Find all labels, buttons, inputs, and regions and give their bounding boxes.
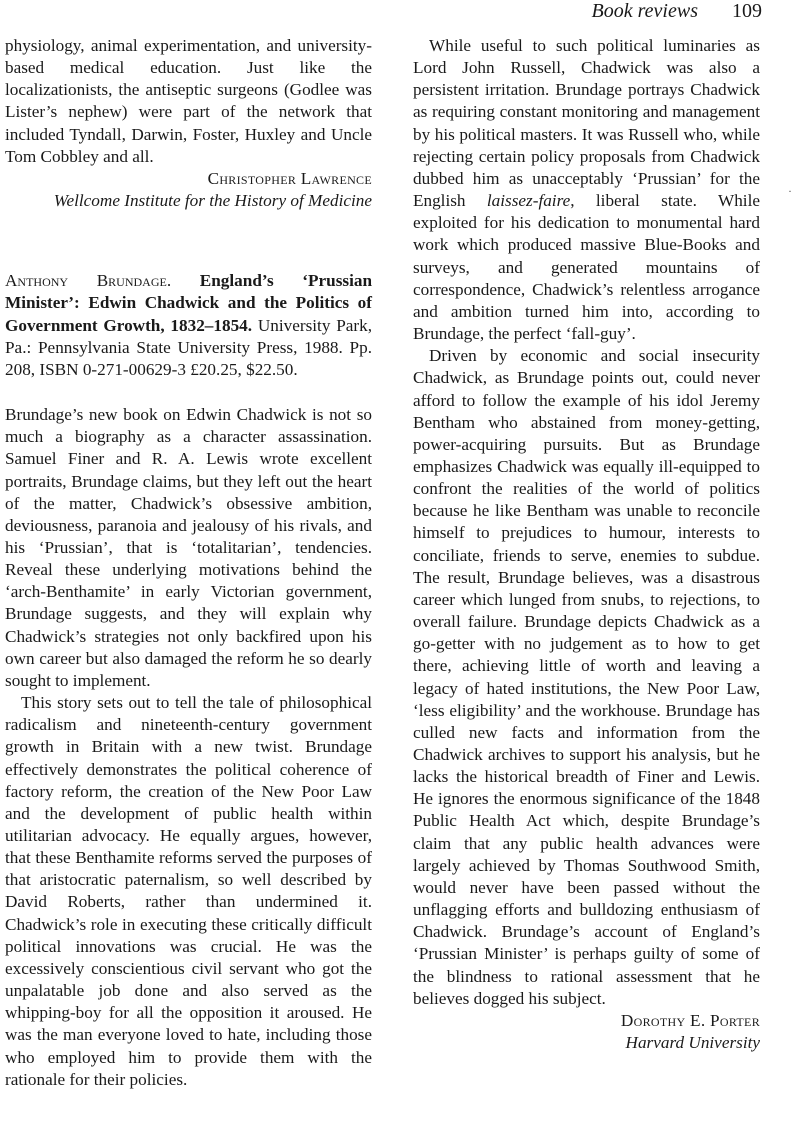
page-number: 109: [732, 0, 762, 23]
review-separator: [5, 212, 372, 270]
italic-term: laissez-faire: [487, 191, 570, 210]
review-paragraph-2: This story sets out to tell the tale of …: [5, 692, 372, 1091]
previous-reviewer-institution: Wellcome Institute for the History of Me…: [5, 190, 372, 212]
review-paragraph-1: Brundage’s new book on Edwin Chadwick is…: [5, 404, 372, 692]
paragraph-3-text-b: , liberal state. While exploited for his…: [413, 191, 760, 343]
left-column: physiology, animal experimentation, and …: [5, 35, 372, 1091]
reviewer-name: Dorothy E. Porter: [413, 1010, 760, 1032]
page-header: Book reviews 109: [412, 0, 762, 26]
book-citation: Anthony Brundage. England’s ‘Prussian Mi…: [5, 270, 372, 381]
margin-mark: ·: [788, 184, 792, 199]
paragraph-3-text-a: While useful to such political luminarie…: [413, 36, 760, 210]
book-author: Anthony Brundage.: [5, 271, 171, 290]
citation-gap: [5, 381, 372, 404]
previous-reviewer-name: Christopher Lawrence: [5, 168, 372, 190]
running-head: Book reviews: [592, 0, 698, 23]
previous-review-text: physiology, animal experimentation, and …: [5, 35, 372, 168]
review-paragraph-4: Driven by economic and social insecurity…: [413, 345, 760, 1010]
right-column: While useful to such political luminarie…: [413, 35, 760, 1054]
reviewer-institution: Harvard University: [413, 1032, 760, 1054]
review-paragraph-3: While useful to such political luminarie…: [413, 35, 760, 345]
